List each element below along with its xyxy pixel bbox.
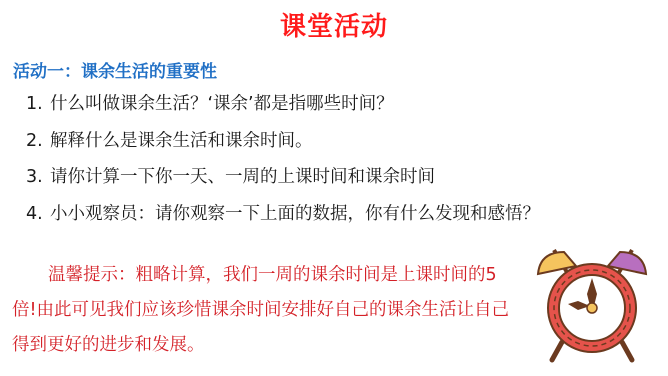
question-item: 3.请你计算一下你一天、一周的上课时间和课余时间 — [26, 165, 540, 202]
question-item: 1.什么叫做课余生活？‘课余’都是指哪些时间？ — [26, 92, 540, 129]
slide-title: 课堂活动 — [0, 6, 668, 43]
question-number: 3. — [26, 165, 50, 189]
question-text: 什么叫做课余生活？‘课余’都是指哪些时间？ — [50, 94, 394, 114]
question-item: 2.解释什么是课余生活和课余时间。 — [26, 129, 540, 166]
question-number: 1. — [26, 92, 50, 116]
alarm-clock-icon — [532, 244, 652, 366]
question-number: 4. — [26, 202, 50, 226]
question-item: 4.小小观察员：请你观察一下上面的数据，你有什么发现和感悟？ — [26, 202, 540, 239]
tip-paragraph: 温馨提示：粗略计算，我们一周的课余时间是上课时间的5倍!由此可见我们应该珍惜课余… — [12, 258, 512, 363]
question-text: 请你计算一下你一天、一周的上课时间和课余时间 — [50, 167, 435, 187]
question-list: 1.什么叫做课余生活？‘课余’都是指哪些时间？ 2.解释什么是课余生活和课余时间… — [26, 92, 540, 238]
activity-subtitle: 活动一：课余生活的重要性 — [13, 57, 217, 82]
tip-text: 温馨提示：粗略计算，我们一周的课余时间是上课时间的5倍!由此可见我们应该珍惜课余… — [12, 258, 512, 363]
question-text: 小小观察员：请你观察一下上面的数据，你有什么发现和感悟？ — [50, 204, 540, 224]
question-text: 解释什么是课余生活和课余时间。 — [50, 131, 313, 151]
question-number: 2. — [26, 129, 50, 153]
